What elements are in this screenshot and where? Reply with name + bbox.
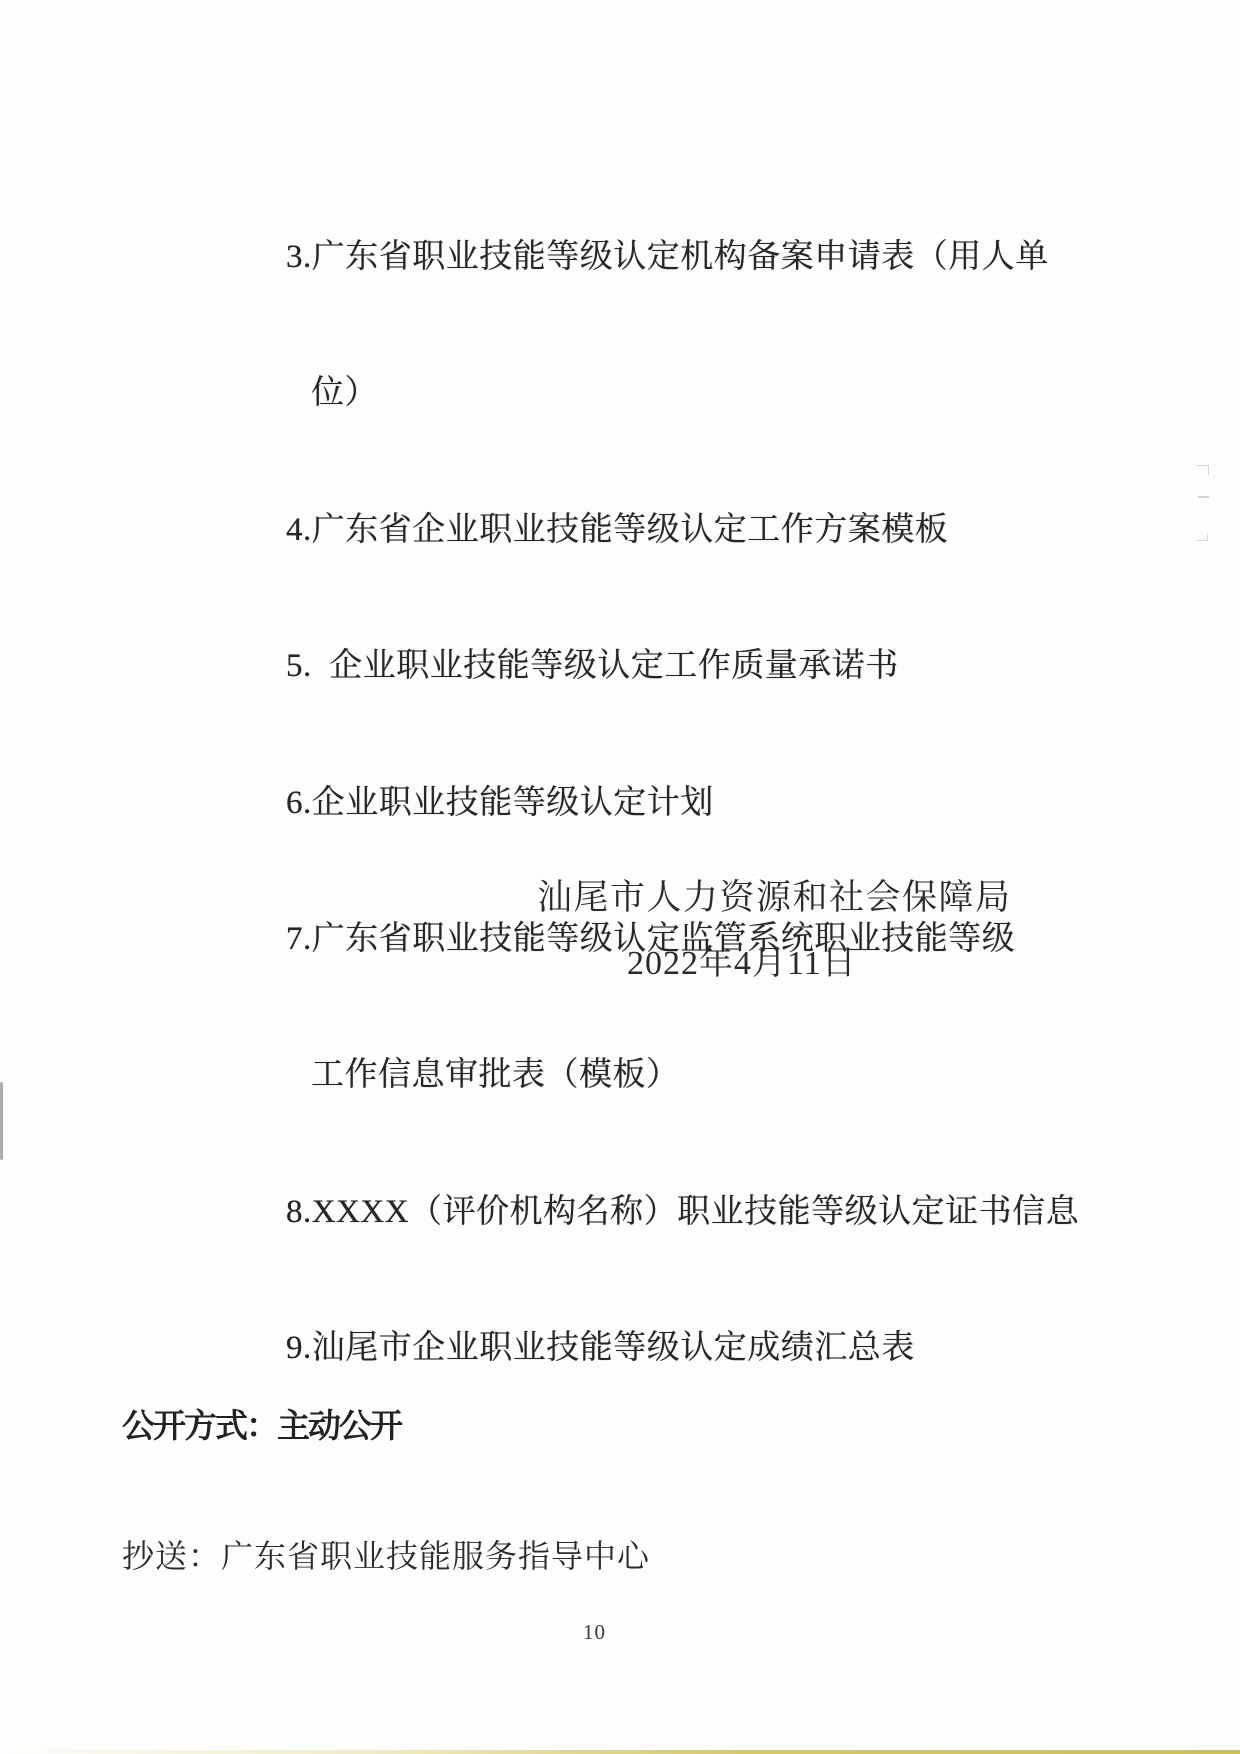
scan-edge-artifact-bottom	[0, 1750, 1240, 1754]
attachment-item-6: 6.企业职业技能等级认定计划	[286, 772, 1116, 834]
scan-artifact-mark	[1198, 496, 1209, 498]
issuing-authority: 汕尾市人力资源和社会保障局	[537, 872, 1012, 924]
cc-line: 抄送：广东省职业技能服务指导中心	[122, 1532, 650, 1580]
attachment-item-7-line-2: 工作信息审批表（模板）	[286, 1044, 1116, 1106]
scan-artifact-mark	[1196, 465, 1209, 475]
attachment-item-5: 5. 企业职业技能等级认定工作质量承诺书	[286, 635, 1116, 697]
scan-artifact-mark	[1196, 533, 1208, 541]
scanned-document-page: 3.广东省职业技能等级认定机构备案申请表（用人单 位） 4.广东省企业职业技能等…	[0, 0, 1240, 1754]
attachment-item-4: 4.广东省企业职业技能等级认定工作方案模板	[286, 499, 1116, 561]
attachment-item-3-line-2: 位）	[286, 362, 1116, 424]
disclosure-method-line: 公开方式：主动公开	[122, 1402, 401, 1450]
issue-date: 2022年4月11日	[627, 938, 857, 990]
scan-smudge	[700, 948, 740, 962]
attachment-item-8: 8.XXXX（评价机构名称）职业技能等级认定证书信息	[286, 1181, 1116, 1243]
scan-edge-artifact-left	[0, 1082, 3, 1160]
attachment-item-9: 9.汕尾市企业职业技能等级认定成绩汇总表	[286, 1317, 1116, 1379]
page-number: 10	[583, 1620, 606, 1645]
attachment-item-3-line-1: 3.广东省职业技能等级认定机构备案申请表（用人单	[286, 226, 1116, 288]
attachment-list: 3.广东省职业技能等级认定机构备案申请表（用人单 位） 4.广东省企业职业技能等…	[286, 152, 1116, 1454]
